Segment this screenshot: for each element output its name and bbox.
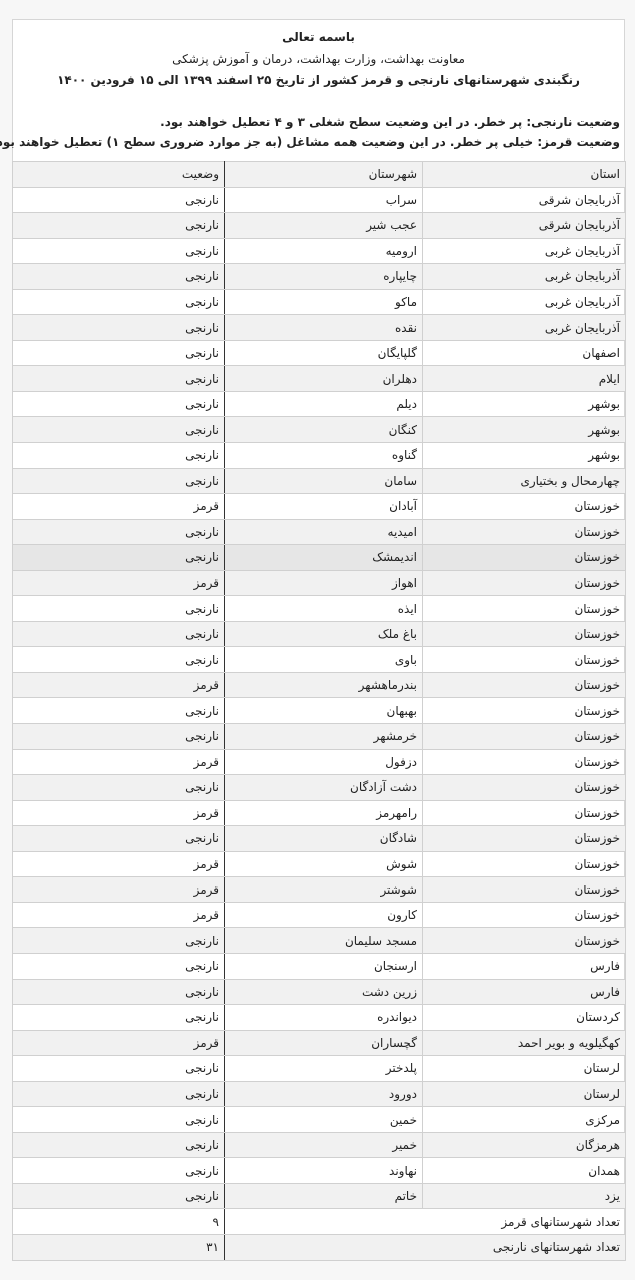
status-cell: نارنجی <box>13 366 225 392</box>
document-title: رنگبندی شهرستانهای نارنجی و قرمز کشور از… <box>13 70 624 90</box>
table-row: فارسزرین دشتنارنجی <box>13 979 626 1005</box>
status-cell: نارنجی <box>13 647 225 673</box>
province-cell: بوشهر <box>423 391 626 417</box>
status-cell: نارنجی <box>13 621 225 647</box>
red-status-note: وضعیت قرمز: خیلی پر خطر. در این وضعیت هم… <box>13 132 620 152</box>
province-cell: خوزستان <box>423 672 626 698</box>
summary-label: تعداد شهرستانهای نارنجی <box>225 1234 626 1260</box>
table-row: خوزستانشوشترقرمز <box>13 877 626 903</box>
status-cell: نارنجی <box>13 238 225 264</box>
status-cell: نارنجی <box>13 417 225 443</box>
status-cell: نارنجی <box>13 545 225 571</box>
ministry-line: معاونت بهداشت، وزارت بهداشت، درمان و آمو… <box>13 48 624 70</box>
county-cell: گلپایگان <box>225 340 423 366</box>
county-cell: شوش <box>225 851 423 877</box>
status-cell: نارنجی <box>13 979 225 1005</box>
status-cell: نارنجی <box>13 1056 225 1082</box>
province-cell: اصفهان <box>423 340 626 366</box>
province-cell: آذربایجان شرقی <box>423 187 626 213</box>
county-cell: گناوه <box>225 443 423 469</box>
table-row: خوزستانشوشقرمز <box>13 851 626 877</box>
province-cell: خوزستان <box>423 519 626 545</box>
table-row: خوزستانمسجد سلیماننارنجی <box>13 928 626 954</box>
status-cell: نارنجی <box>13 213 225 239</box>
county-cell: بهبهان <box>225 698 423 724</box>
province-cell: فارس <box>423 979 626 1005</box>
table-row: خوزستاناهوازقرمز <box>13 570 626 596</box>
table-row: خوزستانبهبهاننارنجی <box>13 698 626 724</box>
table-row: خوزستاندزفولقرمز <box>13 749 626 775</box>
status-cell: نارنجی <box>13 443 225 469</box>
county-cell: سراب <box>225 187 423 213</box>
county-cell: سامان <box>225 468 423 494</box>
province-cell: خوزستان <box>423 749 626 775</box>
province-cell: کهگیلویه و بویر احمد <box>423 1030 626 1056</box>
county-cell: خمین <box>225 1107 423 1133</box>
table-row: خوزستانبندرماهشهرقرمز <box>13 672 626 698</box>
province-cell: خوزستان <box>423 621 626 647</box>
status-cell: نارنجی <box>13 775 225 801</box>
table-row: چهارمحال و بختیاریساماننارنجی <box>13 468 626 494</box>
county-cell: باغ ملک <box>225 621 423 647</box>
summary-value: ۳۱ <box>13 1234 225 1260</box>
county-cell: نهاوند <box>225 1158 423 1184</box>
red-count-row: تعداد شهرستانهای قرمز۹ <box>13 1209 626 1235</box>
header-status: وضعیت <box>13 162 225 188</box>
province-cell: خوزستان <box>423 775 626 801</box>
status-cell: نارنجی <box>13 340 225 366</box>
table-row: خوزستانباوینارنجی <box>13 647 626 673</box>
province-cell: لرستان <box>423 1056 626 1082</box>
province-cell: خوزستان <box>423 928 626 954</box>
status-cell: نارنجی <box>13 187 225 213</box>
county-cell: ارسنجان <box>225 953 423 979</box>
province-cell: بوشهر <box>423 417 626 443</box>
table-row: هرمزگانخمیرنارنجی <box>13 1132 626 1158</box>
table-header-row: استان شهرستان وضعیت <box>13 162 626 188</box>
county-cell: چایپاره <box>225 264 423 290</box>
province-cell: خوزستان <box>423 647 626 673</box>
table-row: آذربایجان غربیچایپارهنارنجی <box>13 264 626 290</box>
province-cell: خوزستان <box>423 826 626 852</box>
status-cell: نارنجی <box>13 1107 225 1133</box>
province-cell: بوشهر <box>423 443 626 469</box>
table-row: خوزستانخرمشهرنارنجی <box>13 724 626 750</box>
county-cell: باوی <box>225 647 423 673</box>
county-cell: مسجد سلیمان <box>225 928 423 954</box>
province-cell: لرستان <box>423 1081 626 1107</box>
county-cell: آبادان <box>225 494 423 520</box>
status-cell: نارنجی <box>13 724 225 750</box>
status-cell: نارنجی <box>13 1005 225 1031</box>
province-cell: خوزستان <box>423 800 626 826</box>
county-cell: اندیمشک <box>225 545 423 571</box>
table-row: خوزستانآبادانقرمز <box>13 494 626 520</box>
table-row: آذربایجان شرقیسرابنارنجی <box>13 187 626 213</box>
status-cell: نارنجی <box>13 953 225 979</box>
county-cell: رامهرمز <box>225 800 423 826</box>
province-cell: آذربایجان غربی <box>423 264 626 290</box>
county-cell: نقده <box>225 315 423 341</box>
county-cell: کارون <box>225 902 423 928</box>
province-cell: خوزستان <box>423 851 626 877</box>
table-row: خوزستانشادگاننارنجی <box>13 826 626 852</box>
status-cell: نارنجی <box>13 826 225 852</box>
province-cell: خوزستان <box>423 545 626 571</box>
county-cell: ارومیه <box>225 238 423 264</box>
status-notes: وضعیت نارنجی: پر خطر. در این وضعیت سطح ش… <box>13 112 624 152</box>
table-row: آذربایجان غربینقدهنارنجی <box>13 315 626 341</box>
province-cell: آذربایجان غربی <box>423 315 626 341</box>
status-cell: قرمز <box>13 672 225 698</box>
table-row: مرکزیخمیننارنجی <box>13 1107 626 1133</box>
status-cell: قرمز <box>13 851 225 877</box>
province-cell: خوزستان <box>423 877 626 903</box>
table-row: آذربایجان شرقیعجب شیرنارنجی <box>13 213 626 239</box>
province-cell: آذربایجان غربی <box>423 238 626 264</box>
province-cell: خوزستان <box>423 902 626 928</box>
county-cell: ماکو <box>225 289 423 315</box>
county-cell: دورود <box>225 1081 423 1107</box>
county-cell: امیدیه <box>225 519 423 545</box>
summary-label: تعداد شهرستانهای قرمز <box>225 1209 626 1235</box>
county-status-table: استان شهرستان وضعیت آذربایجان شرقیسرابنا… <box>12 161 626 1261</box>
province-cell: آذربایجان شرقی <box>423 213 626 239</box>
county-cell: شادگان <box>225 826 423 852</box>
county-cell: ایذه <box>225 596 423 622</box>
status-cell: نارنجی <box>13 391 225 417</box>
province-cell: کردستان <box>423 1005 626 1031</box>
province-cell: مرکزی <box>423 1107 626 1133</box>
status-cell: قرمز <box>13 902 225 928</box>
status-cell: قرمز <box>13 800 225 826</box>
table-row: بوشهرکنگاننارنجی <box>13 417 626 443</box>
table-row: بوشهرگناوهنارنجی <box>13 443 626 469</box>
table-row: خوزستاناندیمشکنارنجی <box>13 545 626 571</box>
county-cell: خاتم <box>225 1183 423 1209</box>
province-cell: خوزستان <box>423 698 626 724</box>
table-row: خوزستانباغ ملکنارنجی <box>13 621 626 647</box>
county-cell: خرمشهر <box>225 724 423 750</box>
table-row: آذربایجان غربیماکونارنجی <box>13 289 626 315</box>
province-cell: فارس <box>423 953 626 979</box>
status-cell: نارنجی <box>13 1183 225 1209</box>
county-cell: دیواندره <box>225 1005 423 1031</box>
table-row: خوزستانکارونقرمز <box>13 902 626 928</box>
table-row: همداننهاوندنارنجی <box>13 1158 626 1184</box>
orange-count-row: تعداد شهرستانهای نارنجی۳۱ <box>13 1234 626 1260</box>
county-cell: دیلم <box>225 391 423 417</box>
county-cell: زرین دشت <box>225 979 423 1005</box>
county-cell: دشت آزادگان <box>225 775 423 801</box>
table-row: لرستانپلدخترنارنجی <box>13 1056 626 1082</box>
table-row: خوزستانامیدیهنارنجی <box>13 519 626 545</box>
table-row: خوزستاندشت آزادگاننارنجی <box>13 775 626 801</box>
county-cell: دزفول <box>225 749 423 775</box>
status-cell: نارنجی <box>13 1158 225 1184</box>
county-cell: گچساران <box>225 1030 423 1056</box>
table-row: ایلامدهلراننارنجی <box>13 366 626 392</box>
status-cell: نارنجی <box>13 264 225 290</box>
header-county: شهرستان <box>225 162 423 188</box>
county-cell: خمیر <box>225 1132 423 1158</box>
table-row: خوزستانایذهنارنجی <box>13 596 626 622</box>
table-row: یزدخاتمنارنجی <box>13 1183 626 1209</box>
table-row: خوزستانرامهرمزقرمز <box>13 800 626 826</box>
province-cell: یزد <box>423 1183 626 1209</box>
province-cell: خوزستان <box>423 596 626 622</box>
status-cell: قرمز <box>13 749 225 775</box>
header-province: استان <box>423 162 626 188</box>
summary-value: ۹ <box>13 1209 225 1235</box>
status-cell: قرمز <box>13 494 225 520</box>
document-header: باسمه تعالی معاونت بهداشت، وزارت بهداشت،… <box>13 20 624 90</box>
county-cell: دهلران <box>225 366 423 392</box>
province-cell: خوزستان <box>423 724 626 750</box>
province-cell: آذربایجان غربی <box>423 289 626 315</box>
county-cell: پلدختر <box>225 1056 423 1082</box>
status-cell: قرمز <box>13 1030 225 1056</box>
document-card: باسمه تعالی معاونت بهداشت، وزارت بهداشت،… <box>12 19 625 1261</box>
county-cell: بندرماهشهر <box>225 672 423 698</box>
status-cell: نارنجی <box>13 698 225 724</box>
orange-status-note: وضعیت نارنجی: پر خطر. در این وضعیت سطح ش… <box>13 112 620 132</box>
status-cell: نارنجی <box>13 1132 225 1158</box>
province-cell: خوزستان <box>423 494 626 520</box>
table-row: فارسارسنجاننارنجی <box>13 953 626 979</box>
province-cell: خوزستان <box>423 570 626 596</box>
status-cell: قرمز <box>13 570 225 596</box>
status-cell: نارنجی <box>13 519 225 545</box>
status-cell: نارنجی <box>13 289 225 315</box>
basmala-line: باسمه تعالی <box>13 26 624 48</box>
table-row: کهگیلویه و بویر احمدگچسارانقرمز <box>13 1030 626 1056</box>
table-row: لرستاندورودنارنجی <box>13 1081 626 1107</box>
province-cell: همدان <box>423 1158 626 1184</box>
table-row: اصفهانگلپایگاننارنجی <box>13 340 626 366</box>
table-row: بوشهردیلمنارنجی <box>13 391 626 417</box>
province-cell: هرمزگان <box>423 1132 626 1158</box>
province-cell: ایلام <box>423 366 626 392</box>
table-row: کردستاندیواندرهنارنجی <box>13 1005 626 1031</box>
table-row: آذربایجان غربیارومیهنارنجی <box>13 238 626 264</box>
county-cell: اهواز <box>225 570 423 596</box>
county-cell: کنگان <box>225 417 423 443</box>
status-cell: نارنجی <box>13 315 225 341</box>
status-cell: نارنجی <box>13 468 225 494</box>
status-cell: نارنجی <box>13 1081 225 1107</box>
status-cell: قرمز <box>13 877 225 903</box>
status-cell: نارنجی <box>13 596 225 622</box>
county-cell: عجب شیر <box>225 213 423 239</box>
county-cell: شوشتر <box>225 877 423 903</box>
province-cell: چهارمحال و بختیاری <box>423 468 626 494</box>
status-cell: نارنجی <box>13 928 225 954</box>
